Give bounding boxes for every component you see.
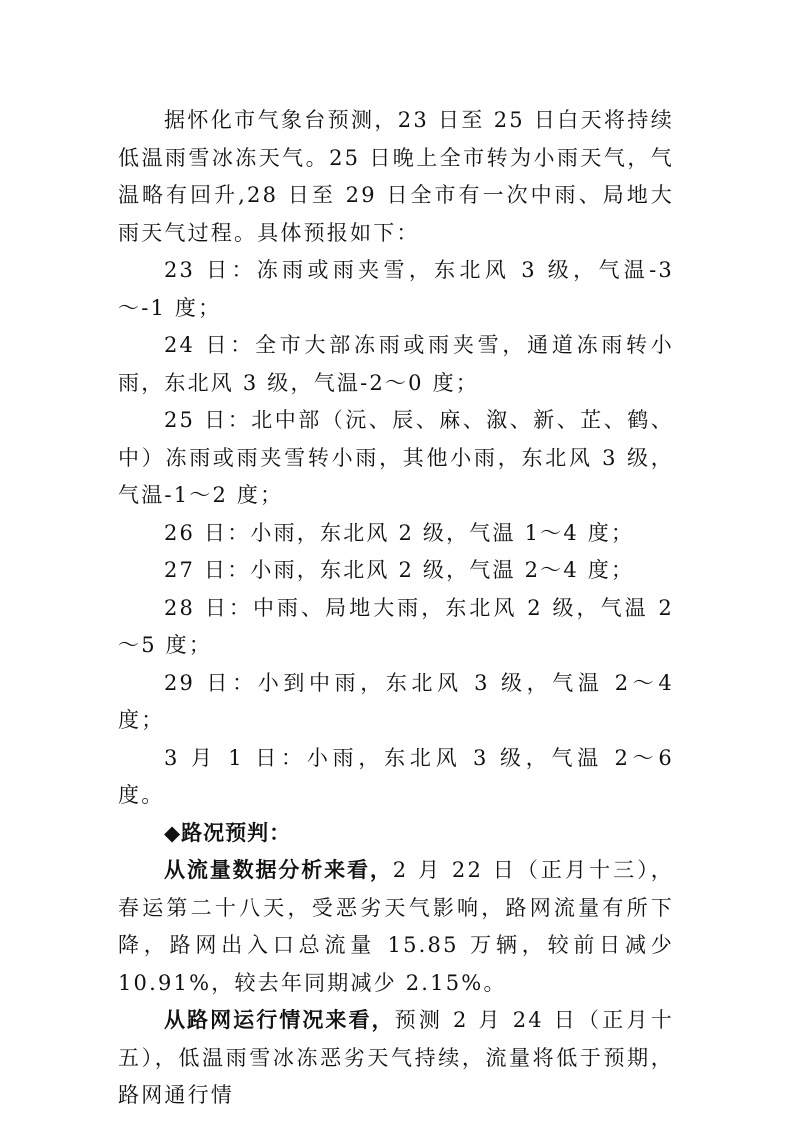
- traffic-flow-lead: 从流量数据分析来看，: [164, 858, 393, 882]
- section-heading-title: 路况预判：: [181, 821, 291, 845]
- document-page: 据怀化市气象台预测，23 日至 25 日白天将持续低温雨雪冰冻天气。25 日晚上…: [118, 102, 674, 1115]
- forecast-day-25: 25 日：北中部（沅、辰、麻、溆、新、芷、鹤、中）冻雨或雨夹雪转小雨，其他小雨，…: [118, 402, 674, 515]
- traffic-flow-paragraph: 从流量数据分析来看，2 月 22 日（正月十三），春运第二十八天，受恶劣天气影响…: [118, 852, 674, 1002]
- forecast-day-28: 28 日：中雨、局地大雨，东北风 2 级，气温 2～5 度；: [118, 590, 674, 665]
- road-network-paragraph: 从路网运行情况来看，预测 2 月 24 日（正月十五），低温雨雪冰冻恶劣天气持续…: [118, 1002, 674, 1115]
- forecast-march-1: 3 月 1 日：小雨，东北风 3 级，气温 2～6 度。: [118, 740, 674, 815]
- intro-paragraph: 据怀化市气象台预测，23 日至 25 日白天将持续低温雨雪冰冻天气。25 日晚上…: [118, 102, 674, 252]
- section-heading-road-forecast: ◆路况预判：: [118, 815, 674, 853]
- forecast-day-27: 27 日：小雨，东北风 2 级，气温 2～4 度；: [118, 552, 674, 590]
- diamond-bullet-icon: ◆: [164, 821, 181, 845]
- forecast-day-26: 26 日：小雨，东北风 2 级，气温 1～4 度；: [118, 515, 674, 553]
- forecast-day-23: 23 日：冻雨或雨夹雪，东北风 3 级，气温-3～-1 度；: [118, 252, 674, 327]
- forecast-day-24: 24 日：全市大部冻雨或雨夹雪，通道冻雨转小雨，东北风 3 级，气温-2～0 度…: [118, 327, 674, 402]
- forecast-day-29: 29 日：小到中雨，东北风 3 级，气温 2～4 度；: [118, 665, 674, 740]
- road-network-lead: 从路网运行情况来看，: [164, 1008, 395, 1032]
